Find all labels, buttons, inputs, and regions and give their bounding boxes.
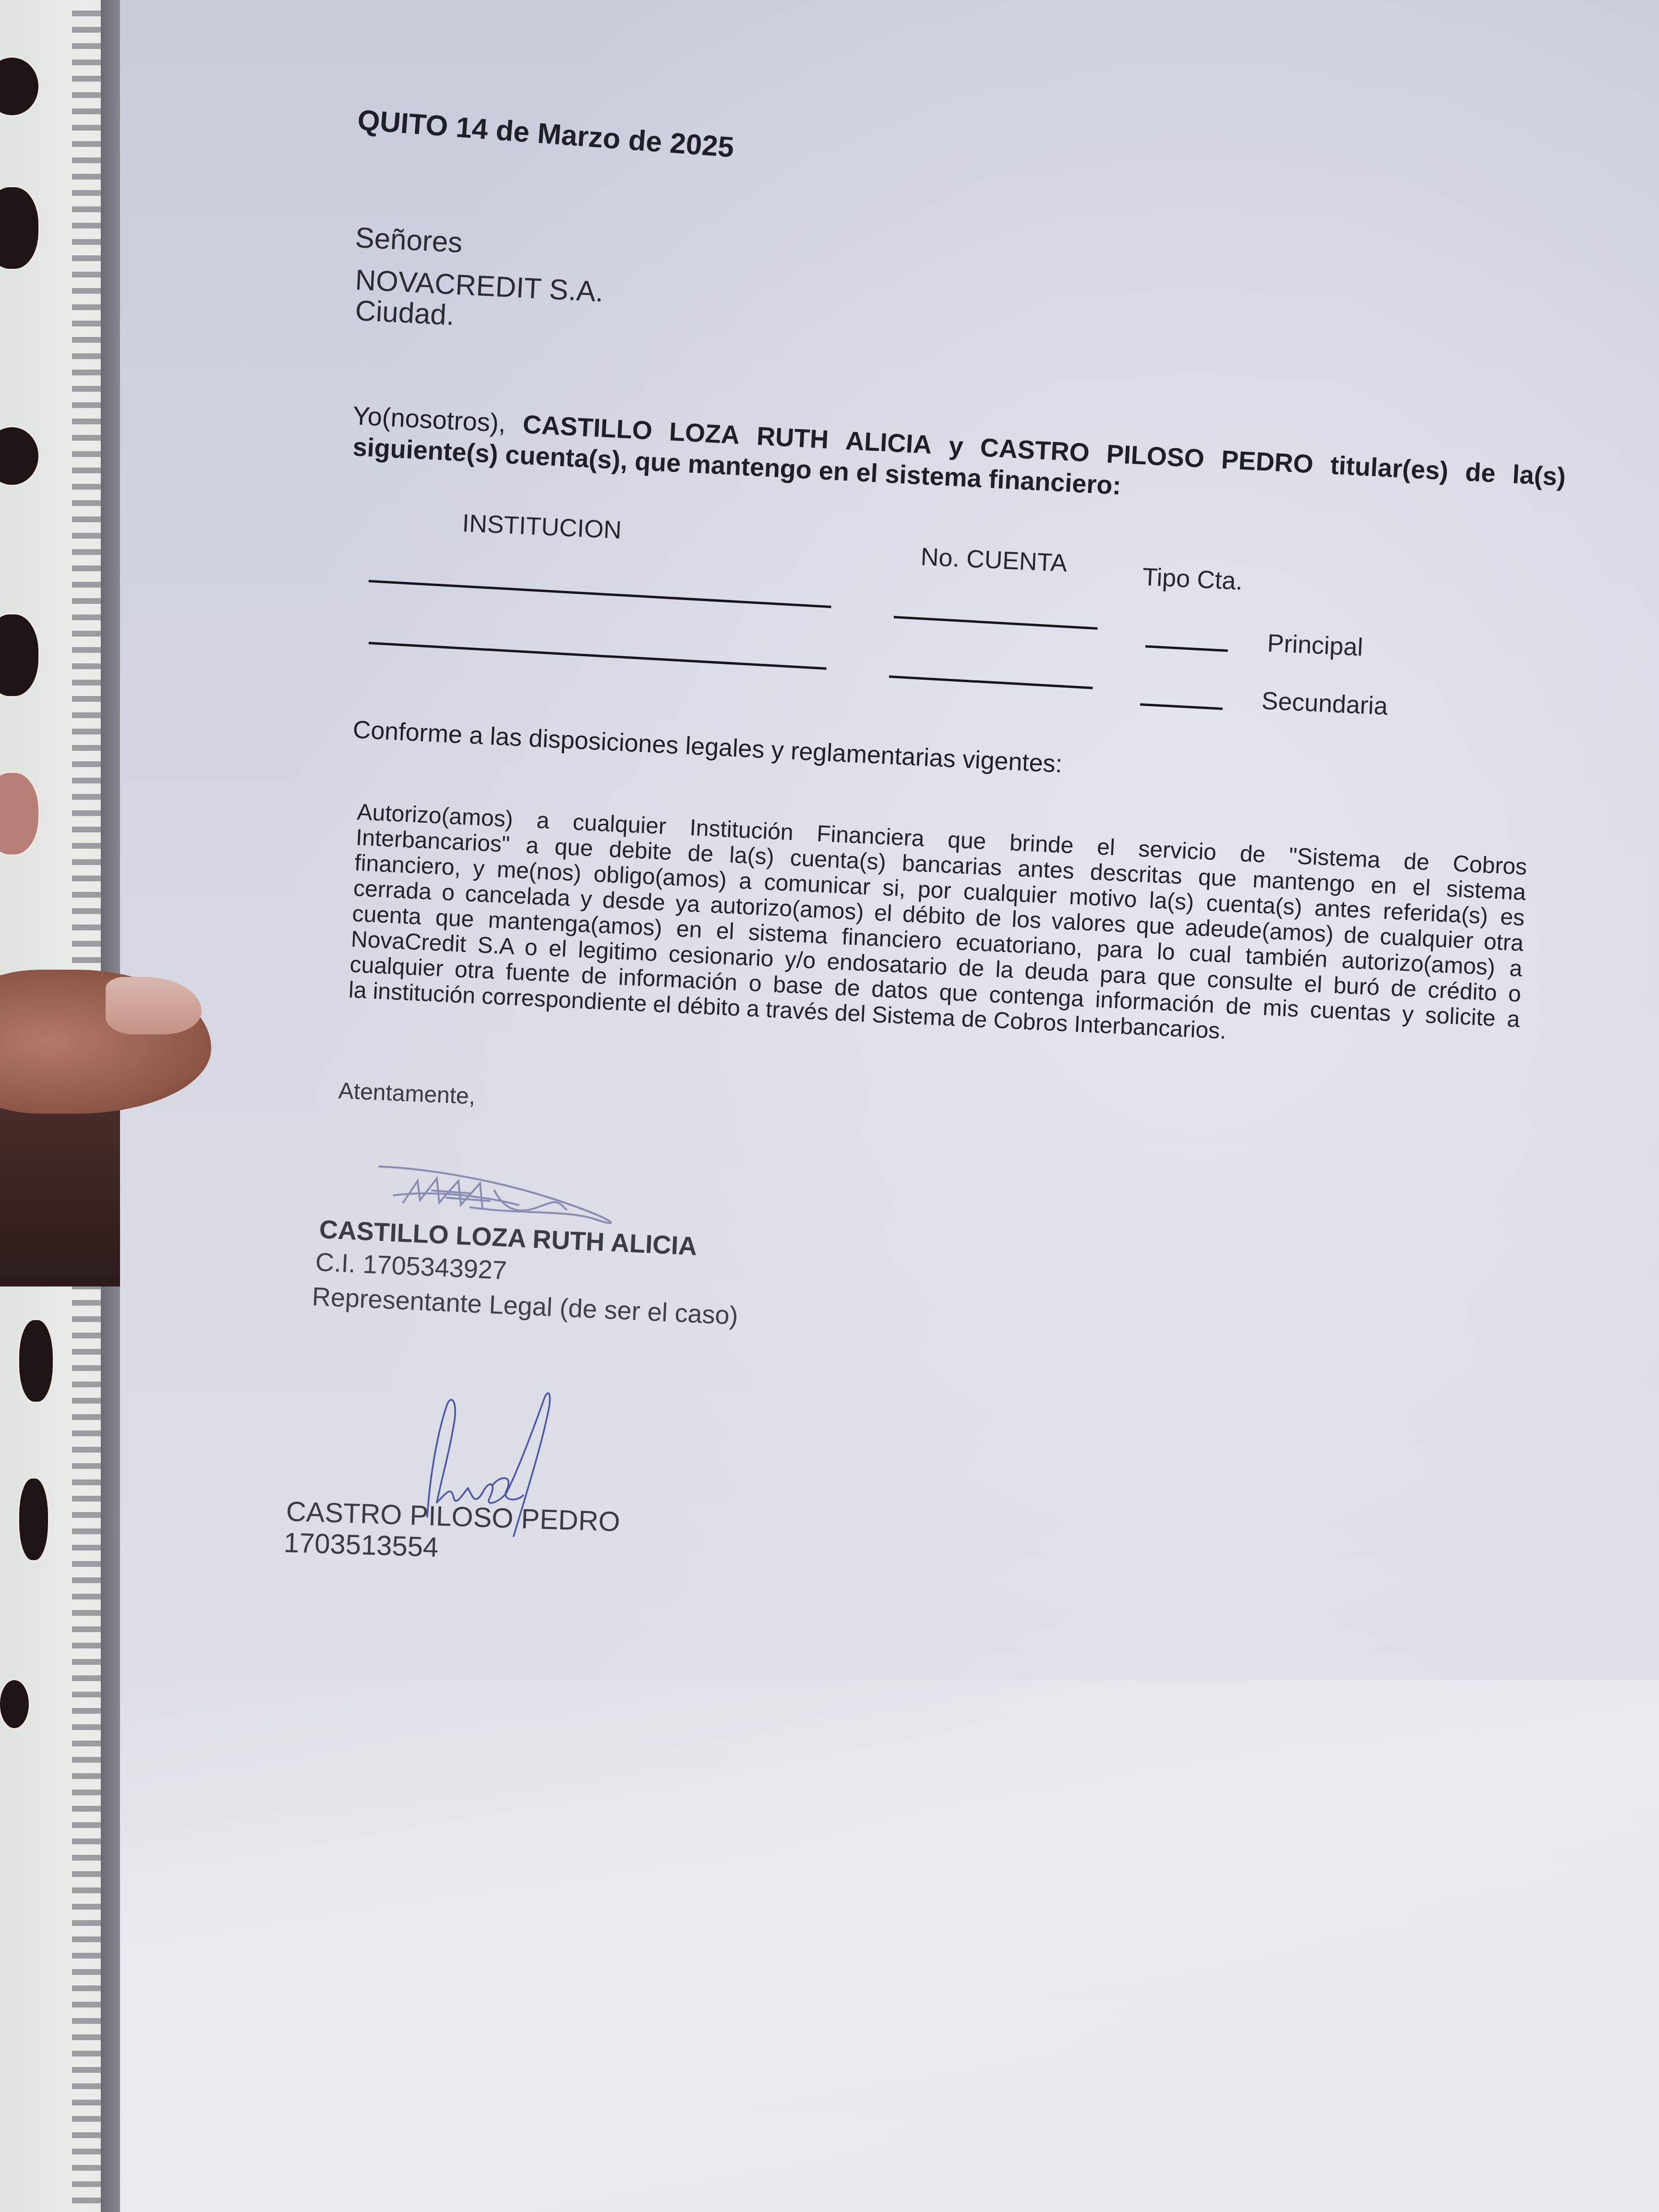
intro-word: y	[948, 431, 964, 461]
closing: Atentamente,	[338, 1078, 476, 1110]
institution-blank-principal[interactable]	[369, 580, 831, 608]
recipient-city: Ciudad.	[354, 294, 455, 332]
conforme-statement: Conforme a las disposiciones legales y r…	[352, 715, 1063, 779]
header-account-number: No. CUENTA	[920, 542, 1068, 578]
intro-word: de	[1465, 457, 1496, 488]
intro-word: ALICIA	[845, 426, 933, 460]
intro-word: CASTILLO	[522, 409, 653, 446]
header-institution: INSTITUCION	[462, 509, 623, 545]
type-blank-principal[interactable]	[1145, 645, 1228, 652]
intro-word: titular(es)	[1330, 450, 1449, 486]
recipient-salutation: Señores	[354, 221, 463, 259]
label-principal: Principal	[1267, 629, 1364, 662]
label-secundaria: Secundaria	[1261, 686, 1389, 721]
intro-word: CASTRO	[979, 433, 1090, 468]
account-number-blank-principal[interactable]	[894, 616, 1098, 630]
authorization-paragraph: Autorizo(amos) a cualquier Institución F…	[348, 799, 1527, 1058]
signatory-2-id: 1703513554	[283, 1527, 439, 1563]
institution-blank-secundaria[interactable]	[369, 642, 827, 670]
intro-word: LOZA	[669, 417, 741, 450]
header-account-type: Tipo Cta.	[1142, 563, 1244, 596]
intro-word: RUTH	[756, 421, 829, 455]
intro-word: la(s)	[1512, 459, 1566, 492]
account-number-blank-secundaria[interactable]	[889, 675, 1093, 689]
type-blank-secundaria[interactable]	[1140, 703, 1223, 710]
intro-word: PEDRO	[1221, 445, 1314, 480]
date-line: QUITO 14 de Marzo de 2025	[356, 103, 735, 164]
intro-word: PILOSO	[1106, 439, 1205, 474]
signatory-1-role: Representante Legal (de ser el caso)	[312, 1282, 739, 1331]
signatory-1-id: C.I. 1705343927	[315, 1247, 508, 1286]
authorization-letter: QUITO 14 de Marzo de 2025 Señores NOVACR…	[0, 0, 1659, 2212]
